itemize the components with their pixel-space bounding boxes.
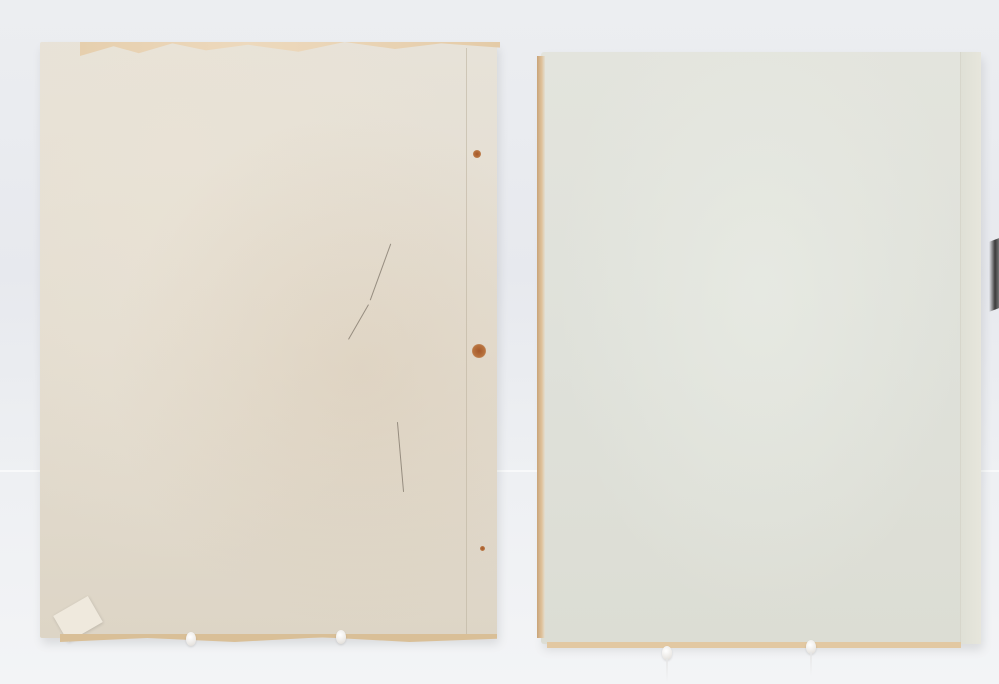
foxing-spot xyxy=(472,344,486,358)
crack-mark xyxy=(348,304,369,339)
display-stand-peg xyxy=(186,632,196,646)
display-stand-stem xyxy=(810,652,812,676)
display-stand-peg xyxy=(336,630,346,644)
foxing-spot xyxy=(473,150,481,158)
spine-fold-line xyxy=(466,48,467,634)
background-stand-edge xyxy=(989,238,999,312)
foxing-spot xyxy=(480,546,485,551)
display-stand-stem xyxy=(666,658,668,682)
spine-strip xyxy=(960,52,981,644)
bottom-page-edge xyxy=(547,642,961,648)
crack-mark xyxy=(397,422,404,492)
right-book-cover xyxy=(541,52,981,644)
torn-bottom-edge xyxy=(60,634,497,642)
torn-top-edge xyxy=(80,42,500,56)
page-edges xyxy=(537,56,545,638)
crack-mark xyxy=(370,244,391,301)
photo-scene xyxy=(0,0,999,684)
left-book-cover xyxy=(40,42,497,638)
